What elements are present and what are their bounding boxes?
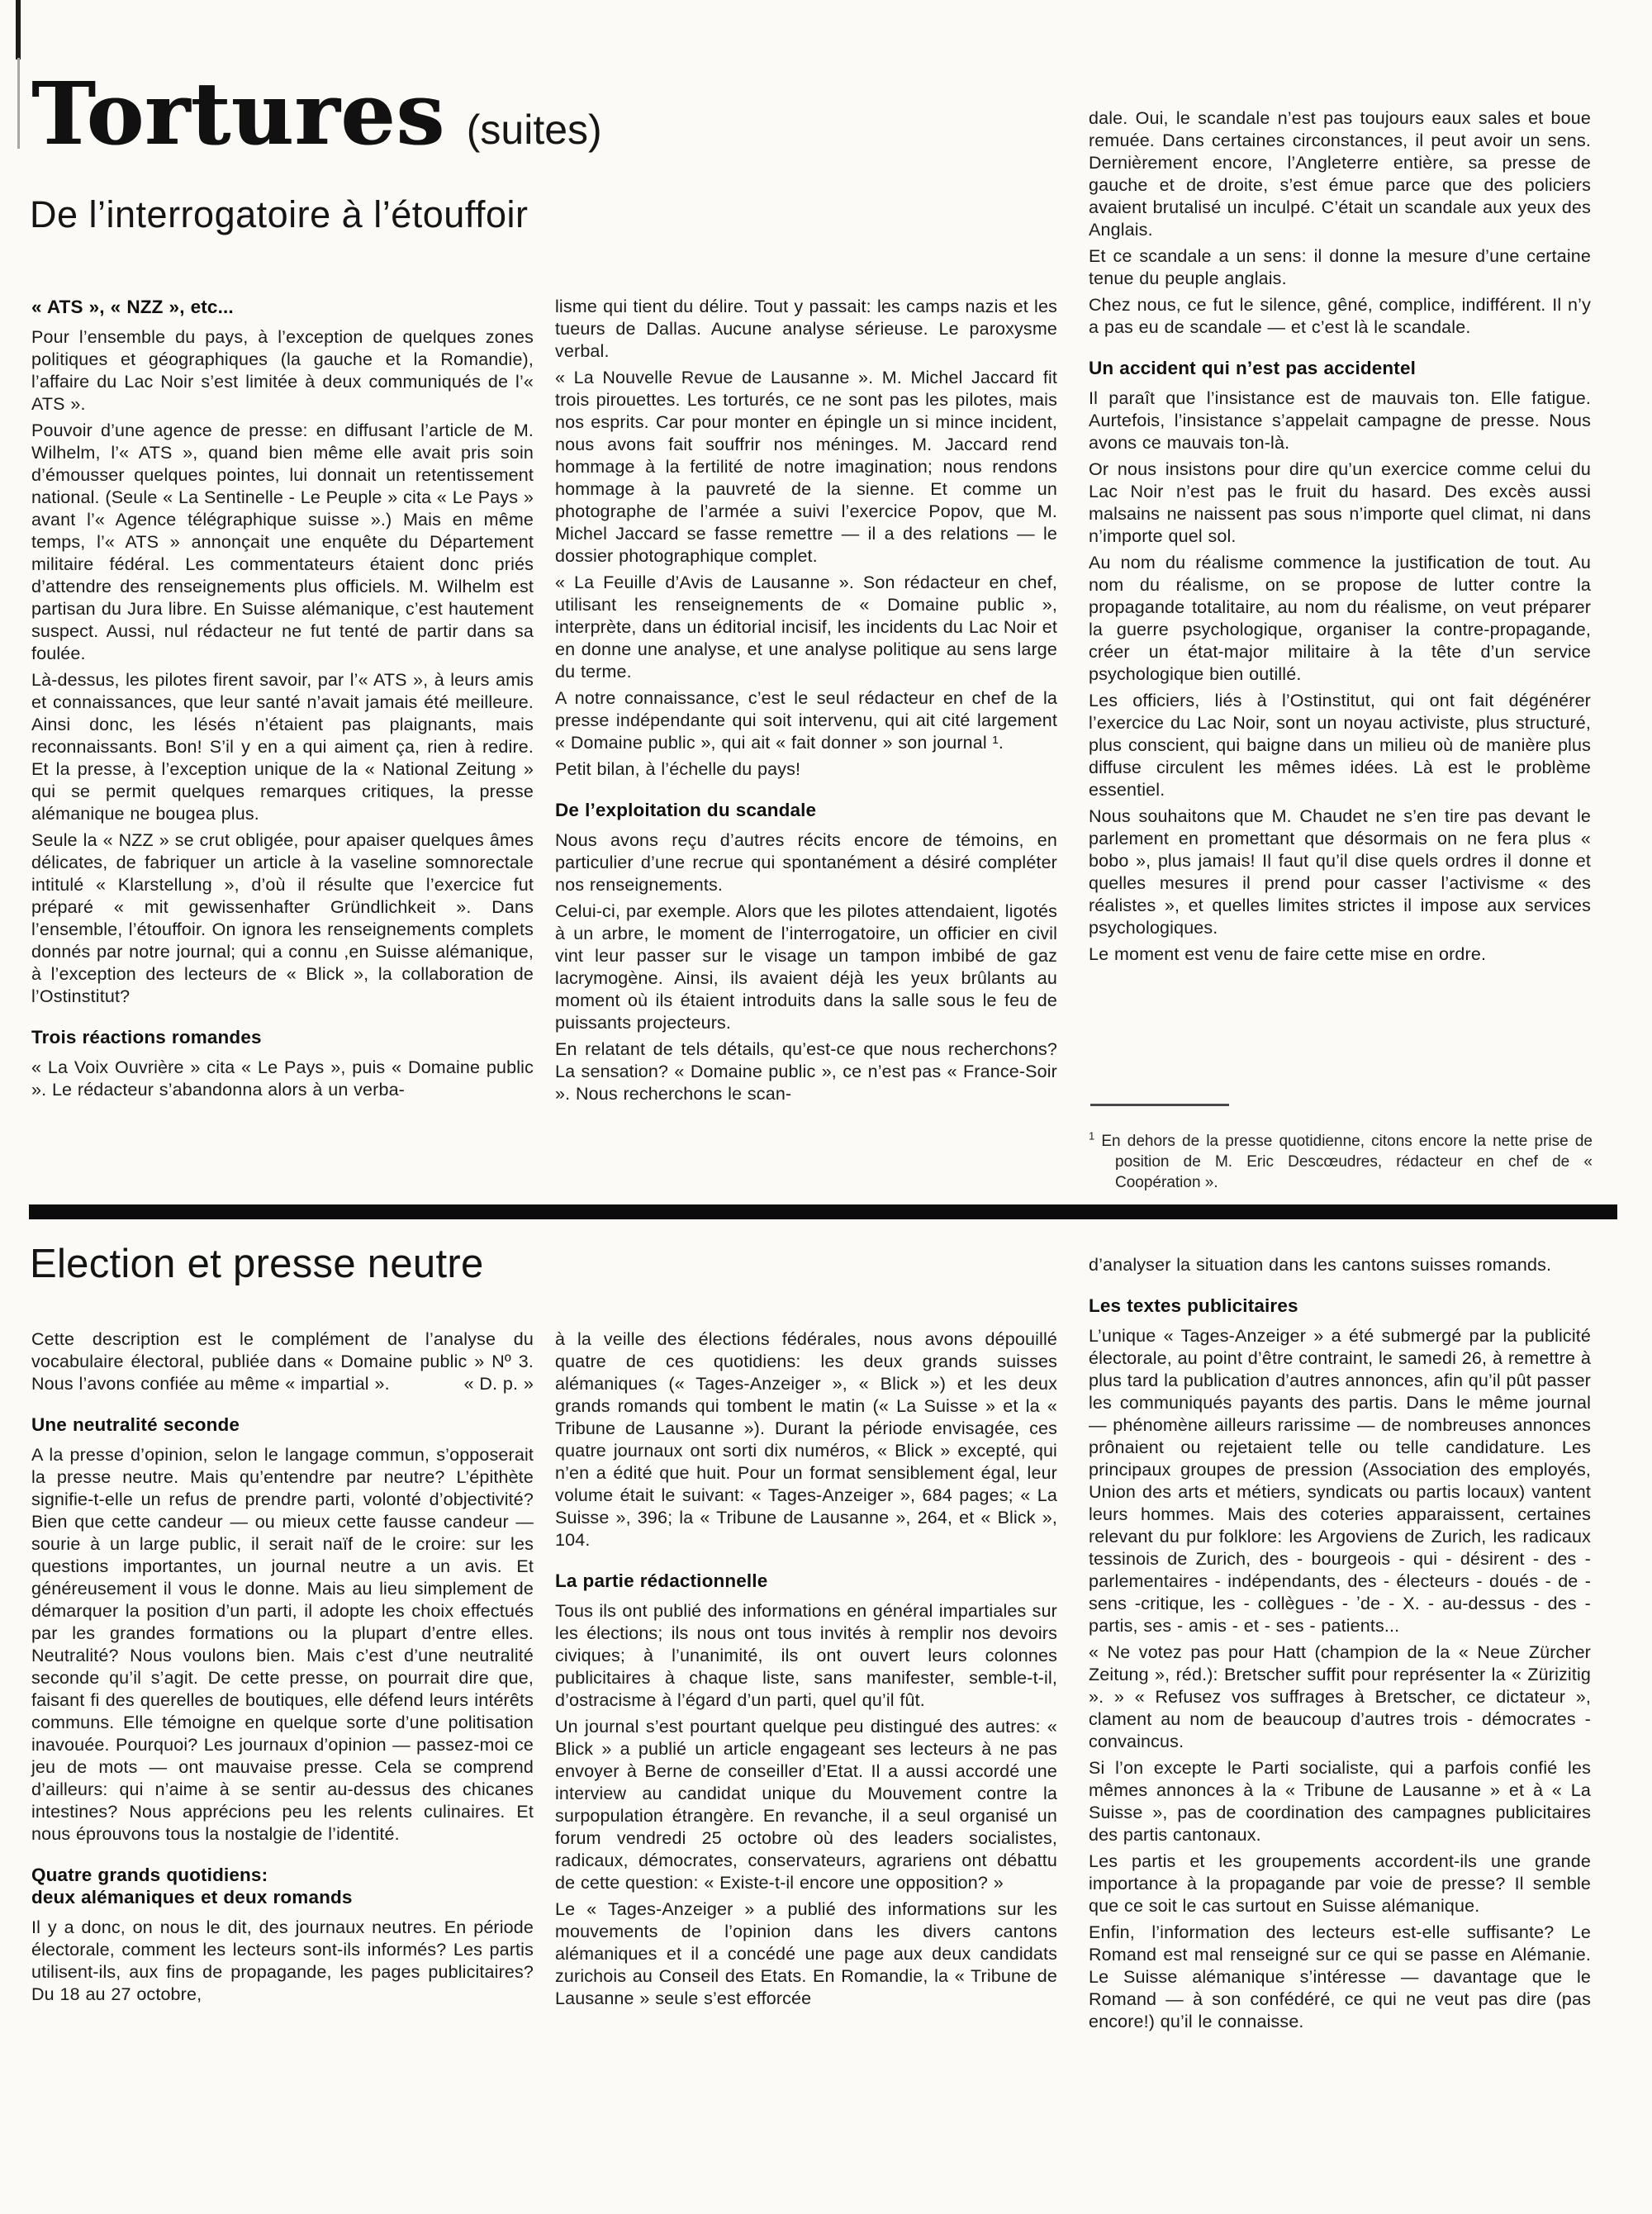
footnote-block: 1 En dehors de la presse quotidienne, ci… — [1089, 1104, 1593, 1193]
paragraph: Un journal s’est pourtant quelque peu di… — [555, 1716, 1057, 1894]
article2-column-2: à la veille des élections fédérales, nou… — [555, 1328, 1057, 2014]
article1-subtitle: De l’interrogatoire à l’étouffoir — [30, 193, 528, 236]
paragraph: Il y a donc, on nous le dit, des journau… — [31, 1917, 534, 2006]
paragraph: Les partis et les groupements accordent-… — [1089, 1851, 1591, 1917]
masthead-suffix: (suites) — [467, 107, 602, 153]
footnote-rule — [1090, 1104, 1229, 1106]
paragraph: Le moment est venu de faire cette mise e… — [1089, 943, 1591, 966]
scan-edge-mark — [16, 0, 21, 59]
paragraph: Le « Tages-Anzeiger » a publié des infor… — [555, 1898, 1057, 2010]
intro-text: Cette description est le complément de l… — [31, 1329, 534, 1394]
footnote: 1 En dehors de la presse quotidienne, ci… — [1089, 1131, 1593, 1193]
paragraph: Il paraît que l’insistance est de mauvai… — [1089, 387, 1591, 454]
paragraph: Nous souhaitons que M. Chaudet ne s’en t… — [1089, 805, 1591, 939]
paragraph: Enfin, l’information des lecteurs est-el… — [1089, 1922, 1591, 2033]
paragraph: « La Nouvelle Revue de Lausanne ». M. Mi… — [555, 367, 1057, 568]
paragraph: Les officiers, liés à l’Ostinstitut, qui… — [1089, 690, 1591, 801]
paragraph: à la veille des élections fédérales, nou… — [555, 1328, 1057, 1551]
newspaper-page: Tortures(suites) De l’interrogatoire à l… — [0, 0, 1652, 2214]
paragraph: A la presse d’opinion, selon le langage … — [31, 1444, 534, 1846]
section-heading: Trois réactions romandes — [31, 1026, 534, 1048]
paragraph: « La Voix Ouvrière » cita « Le Pays », p… — [31, 1057, 534, 1101]
paragraph: Et ce scandale a un sens: il donne la me… — [1089, 245, 1591, 290]
section-heading: Une neutralité seconde — [31, 1413, 534, 1436]
section-heading: La partie rédactionnelle — [555, 1570, 1057, 1592]
paragraph: Au nom du réalisme commence la justifica… — [1089, 552, 1591, 686]
article2-intro: Cette description est le complément de l… — [31, 1328, 534, 1395]
section-divider-bar — [29, 1204, 1617, 1219]
section-heading: De l’exploitation du scandale — [555, 799, 1057, 821]
article1-column-2: lisme qui tient du délire. Tout y passai… — [555, 296, 1057, 1109]
section-heading: Les textes publicitaires — [1089, 1295, 1591, 1317]
article2-column-3: d’analyser la situation dans les cantons… — [1089, 1254, 1591, 2037]
paragraph: Si l’on excepte le Parti socialiste, qui… — [1089, 1757, 1591, 1846]
footnote-text: En dehors de la presse quotidienne, cito… — [1094, 1133, 1593, 1191]
paragraph: L’unique « Tages-Anzeiger » a été submer… — [1089, 1325, 1591, 1637]
masthead: Tortures(suites) — [31, 71, 602, 157]
paragraph: Nous avons reçu d’autres récits encore d… — [555, 829, 1057, 896]
paragraph: « La Feuille d’Avis de Lausanne ». Son r… — [555, 572, 1057, 683]
signature: « D. p. » — [464, 1373, 534, 1395]
section-heading: « ATS », « NZZ », etc... — [31, 296, 534, 318]
article1-column-3: dale. Oui, le scandale n’est pas toujour… — [1089, 107, 1591, 970]
paragraph: Pour l’ensemble du pays, à l’exception d… — [31, 326, 534, 416]
article2-column-1: Cette description est le complément de l… — [31, 1328, 534, 2010]
paragraph: Pouvoir d’une agence de presse: en diffu… — [31, 420, 534, 665]
paragraph: « Ne votez pas pour Hatt (champion de la… — [1089, 1641, 1591, 1753]
paragraph: Petit bilan, à l’échelle du pays! — [555, 758, 1057, 781]
paragraph: A notre connaissance, c’est le seul réda… — [555, 687, 1057, 754]
paragraph: lisme qui tient du délire. Tout y passai… — [555, 296, 1057, 363]
paragraph: En relatant de tels détails, qu’est-ce q… — [555, 1038, 1057, 1105]
paragraph: dale. Oui, le scandale n’est pas toujour… — [1089, 107, 1591, 241]
paragraph: Tous ils ont publié des informations en … — [555, 1600, 1057, 1712]
scan-edge-mark-tail — [17, 58, 20, 149]
paragraph: Celui-ci, par exemple. Alors que les pil… — [555, 900, 1057, 1034]
section-heading: Un accident qui n’est pas accidentel — [1089, 357, 1591, 379]
article1-column-1: « ATS », « NZZ », etc... Pour l’ensemble… — [31, 296, 534, 1105]
masthead-title: Tortures — [31, 63, 445, 164]
paragraph: Seule la « NZZ » se crut obligée, pour a… — [31, 829, 534, 1008]
paragraph: Là-dessus, les pilotes firent savoir, pa… — [31, 669, 534, 825]
section-heading: Quatre grands quotidiens: deux alémaniqu… — [31, 1864, 534, 1908]
paragraph: Chez nous, ce fut le silence, gêné, comp… — [1089, 294, 1591, 339]
paragraph: Or nous insistons pour dire qu’un exerci… — [1089, 458, 1591, 548]
paragraph: d’analyser la situation dans les cantons… — [1089, 1254, 1591, 1276]
article2-title: Election et presse neutre — [30, 1241, 484, 1287]
